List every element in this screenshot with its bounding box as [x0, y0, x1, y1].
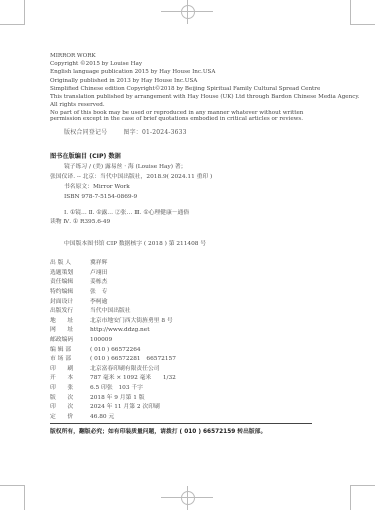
reproduction-notice: No part of this book may be used or repr…: [50, 110, 330, 122]
cip-classification: 读物 Ⅳ. ① R395.6-49: [50, 218, 330, 228]
info-row: 印 张6.5 印张 103 千字: [50, 384, 330, 394]
crop-mark-top-left: [0, 0, 25, 25]
registration-number: 版权合同登记号图字：01-2024-3633: [64, 127, 330, 136]
cip-line: 书名原文：Mirror Work: [50, 183, 330, 193]
info-row: 印 刷北京富春印刷有限责任公司: [50, 365, 330, 375]
info-row: 开 本787 毫米 × 1092 毫米 1/32: [50, 374, 330, 384]
price: 46.80 元: [90, 413, 114, 423]
registration-mark-top: [161, 0, 213, 24]
crop-mark-bottom-right: [350, 485, 375, 510]
english-line: This translation published by arrangemen…: [50, 93, 330, 101]
english-line: All rights reserved.: [50, 101, 330, 109]
crop-mark-top-right: [350, 0, 375, 25]
english-line: Copyright ©2015 by Louise Hay: [50, 60, 330, 68]
info-row: 网 址http://www.ddzg.net: [50, 326, 330, 336]
registration-mark-bottom: [161, 486, 213, 510]
cip-data-number: 中国版本图书馆 CIP 数据核字 ( 2018 ) 第 211408 号: [64, 238, 330, 247]
rights-notice: 版权所有，翻版必究；如有印装质量问题，请拨打 ( 010 ) 66572159 …: [50, 426, 330, 435]
info-row: 出版发行当代中国出版社: [50, 307, 330, 317]
copyright-page: MIRROR WORK Copyright ©2015 by Louise Ha…: [50, 52, 330, 435]
info-row: 印 次2024 年 11 月第 2 次印刷: [50, 403, 330, 413]
info-row: 出 版 人冀祥辉: [50, 259, 330, 269]
cip-line: 镜子练习 / (美) 露易丝 · 海 (Louise Hay) 著；: [50, 163, 330, 173]
english-line: Simplified Chinese edition Copyright©201…: [50, 85, 330, 93]
info-row: 地 址北京市地安门西大街旌勇里 8 号: [50, 317, 330, 327]
cip-isbn: ISBN 978-7-5154-0869-9: [50, 193, 330, 203]
english-line: Originally published in 2013 by Hay Hous…: [50, 77, 330, 85]
info-row: 责任编辑姜栋杰: [50, 278, 330, 288]
info-row: 定 价46.80 元: [50, 413, 330, 423]
registration-value: 图字：01-2024-3633: [123, 129, 186, 136]
publication-info: 出 版 人冀祥辉 选题策划卢翊田 责任编辑姜栋杰 特约编辑张 专 封面设计李柯逾…: [50, 259, 330, 422]
info-row: 选题策划卢翊田: [50, 269, 330, 279]
english-title: MIRROR WORK: [50, 52, 330, 60]
info-row: 市 场 部( 010 ) 66572281 66572157: [50, 355, 330, 365]
cip-block: 镜子练习 / (美) 露易丝 · 海 (Louise Hay) 著； 张国仪译.…: [50, 163, 330, 228]
divider: [50, 423, 312, 424]
english-line: English language publication 2015 by Hay…: [50, 68, 330, 76]
cip-title: 图书在版编目 (CIP) 数据: [50, 151, 330, 160]
info-row: 封面设计李柯逾: [50, 298, 330, 308]
registration-label: 版权合同登记号: [64, 129, 107, 136]
cip-line: 张国仪译. -- 北京：当代中国出版社，2018.9( 2024.11 重印 ): [50, 173, 330, 183]
cip-classification: Ⅰ. ①镜… Ⅱ. ①露… ②张… Ⅲ. ①心理健康－通俗: [50, 209, 330, 219]
info-row: 邮政编码100009: [50, 336, 330, 346]
website-link: http://www.ddzg.net: [90, 326, 150, 336]
info-row: 版 次2018 年 9 月第 1 版: [50, 394, 330, 404]
english-copyright-block: MIRROR WORK Copyright ©2015 by Louise Ha…: [50, 52, 330, 122]
info-row: 特约编辑张 专: [50, 288, 330, 298]
info-row: 编 辑 部( 010 ) 66572264: [50, 346, 330, 356]
crop-mark-bottom-left: [0, 485, 25, 510]
